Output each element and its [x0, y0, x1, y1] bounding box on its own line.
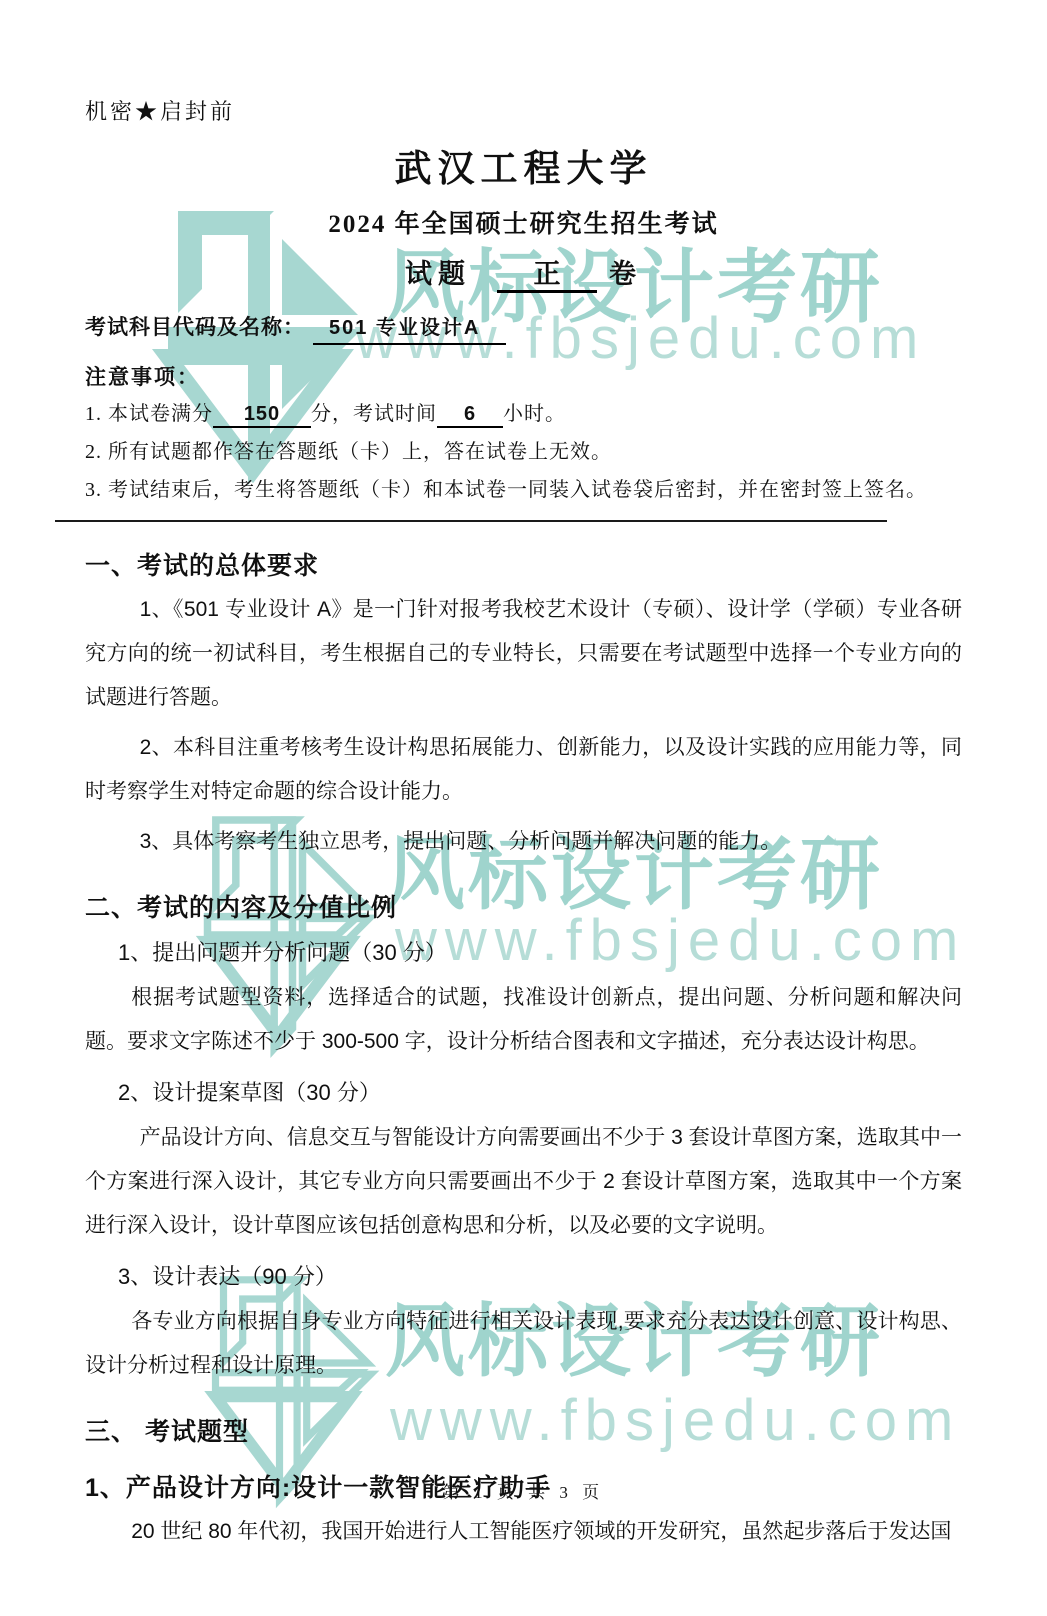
section-2-item-1-body: 根据考试题型资料，选择适合的试题，找准设计创新点，提出问题、分析问题和解决问题。… — [85, 976, 962, 1064]
paper-title-row: 试题正卷 — [85, 252, 962, 293]
section-2-heading: 二、考试的内容及分值比例 — [85, 888, 962, 924]
exam-session-title: 2024 年全国硕士研究生招生考试 — [85, 204, 962, 240]
section-1-paragraph-2: 2、本科目注重考核考生设计构思拓展能力、创新能力，以及设计实践的应用能力等，同时… — [85, 726, 962, 814]
notice-item-2: 2. 所有试题都作答在答题纸（卡）上，答在试卷上无效。 — [85, 438, 962, 467]
subject-value-underline: 501 专业设计A — [313, 311, 506, 345]
document-content: 机密★启封前 武汉工程大学 2024 年全国硕士研究生招生考试 试题正卷 考试科… — [0, 0, 1047, 1616]
notes-title: 注意事项： — [85, 361, 962, 391]
header-divider — [55, 520, 887, 522]
section-3-heading: 三、 考试题型 — [85, 1412, 962, 1448]
paper-suffix: 卷 — [609, 259, 642, 289]
paper-variant-blank: 正 — [497, 259, 597, 293]
university-title: 武汉工程大学 — [85, 138, 962, 192]
page-number-footer: 第 1 页 共 3 页 — [0, 1478, 1047, 1503]
section-1-paragraph-3: 3、具体考察考生独立思考，提出问题、分析问题并解决问题的能力。 — [85, 820, 962, 864]
note1-post: 小时。 — [503, 403, 566, 425]
section-1-heading: 一、考试的总体要求 — [85, 546, 962, 582]
section-2-item-1-title: 1、提出问题并分析问题（30 分） — [85, 936, 962, 970]
subject-line: 考试科目代码及名称：501 专业设计A — [85, 311, 962, 345]
full-score-blank: 150 — [213, 403, 311, 428]
section-2-item-2-body: 产品设计方向、信息交互与智能设计方向需要画出不少于 3 套设计草图方案，选取其中… — [85, 1116, 962, 1248]
section-1-paragraph-1: 1、《501 专业设计 A》是一门针对报考我校艺术设计（专硕）、设计学（学硕）专… — [85, 588, 962, 720]
notice-item-3: 3. 考试结束后，考生将答题纸（卡）和本试卷一同装入试卷袋后密封，并在密封签上签… — [85, 476, 962, 505]
section-2-item-3-body: 各专业方向根据自身专业方向特征进行相关设计表现,要求充分表达设计创意、设计构思、… — [85, 1300, 962, 1388]
section-2-item-2-title: 2、设计提案草图（30 分） — [85, 1076, 962, 1110]
note1-pre: 1. 本试卷满分 — [85, 403, 213, 425]
note1-mid: 分，考试时间 — [311, 403, 437, 425]
question-1-intro: 20 世纪 80 年代初，我国开始进行人工智能医疗领域的开发研究，虽然起步落后于… — [85, 1510, 962, 1554]
paper-label: 试题 — [405, 259, 471, 289]
subject-label: 考试科目代码及名称： — [85, 315, 305, 339]
classification-label: 机密★启封前 — [85, 95, 962, 126]
notice-item-1: 1. 本试卷满分150分，考试时间6小时。 — [85, 400, 962, 429]
exam-paper-page: 风标设计考研 www.fbsjedu.com 风标设计考研 www.fbsjed… — [0, 0, 1047, 1616]
exam-hours-blank: 6 — [437, 403, 503, 428]
section-2-item-3-title: 3、设计表达（90 分） — [85, 1260, 962, 1294]
